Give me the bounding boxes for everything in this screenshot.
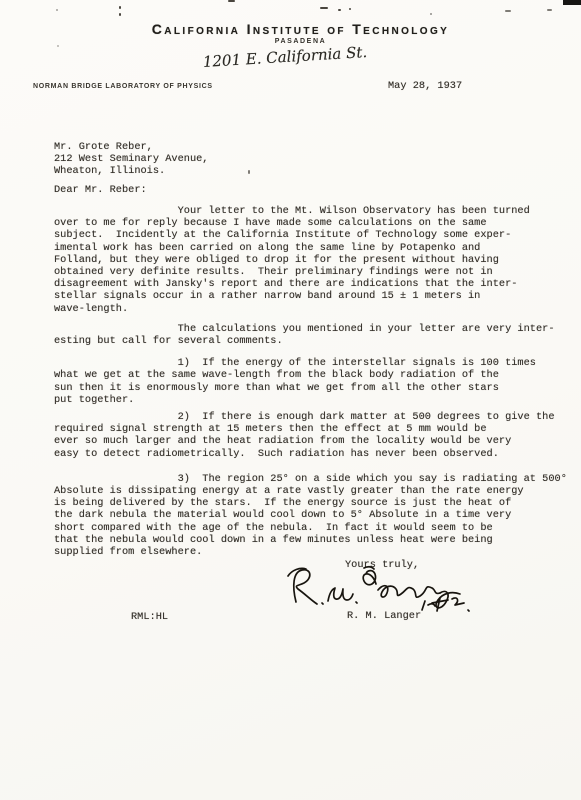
scanned-letter-page: California Institute of Technology PASAD… bbox=[0, 0, 581, 800]
scan-speck bbox=[505, 10, 511, 12]
scan-speck bbox=[57, 45, 59, 47]
salutation: Dear Mr. Reber: bbox=[54, 184, 147, 196]
scan-corner-mark bbox=[563, 0, 581, 5]
scan-speck bbox=[547, 9, 552, 11]
scan-speck bbox=[119, 13, 121, 16]
letterhead-institution: California Institute of Technology bbox=[20, 21, 581, 37]
scan-speck bbox=[119, 6, 121, 9]
scan-speck bbox=[56, 9, 58, 11]
letterhead-department: NORMAN BRIDGE LABORATORY OF PHYSICS bbox=[33, 83, 213, 90]
scan-speck bbox=[248, 170, 250, 174]
body-paragraph: Your letter to the Mt. Wilson Observator… bbox=[54, 205, 559, 315]
body-paragraph: 3) The region 25° on a side which you sa… bbox=[54, 473, 559, 558]
scan-speck bbox=[228, 0, 235, 2]
letter-date: May 28, 1937 bbox=[388, 80, 462, 92]
scan-speck bbox=[338, 9, 341, 11]
scan-speck bbox=[320, 7, 328, 9]
recipient-address: Mr. Grote Reber, 212 West Seminary Avenu… bbox=[54, 141, 208, 178]
letterhead-city: PASADENA bbox=[20, 38, 581, 45]
scan-speck bbox=[430, 13, 432, 15]
body-paragraph: 1) If the energy of the interstellar sig… bbox=[54, 357, 559, 406]
letter-body: Your letter to the Mt. Wilson Observator… bbox=[54, 205, 559, 558]
handwritten-address: 1201 E. California St. bbox=[175, 41, 396, 72]
scan-speck bbox=[349, 8, 351, 10]
body-paragraph: The calculations you mentioned in your l… bbox=[54, 323, 559, 347]
body-paragraph: 2) If there is enough dark matter at 500… bbox=[54, 411, 559, 460]
signer-typed-name: R. M. Langer bbox=[347, 610, 421, 622]
reference-initials: RML:HL bbox=[131, 611, 168, 623]
